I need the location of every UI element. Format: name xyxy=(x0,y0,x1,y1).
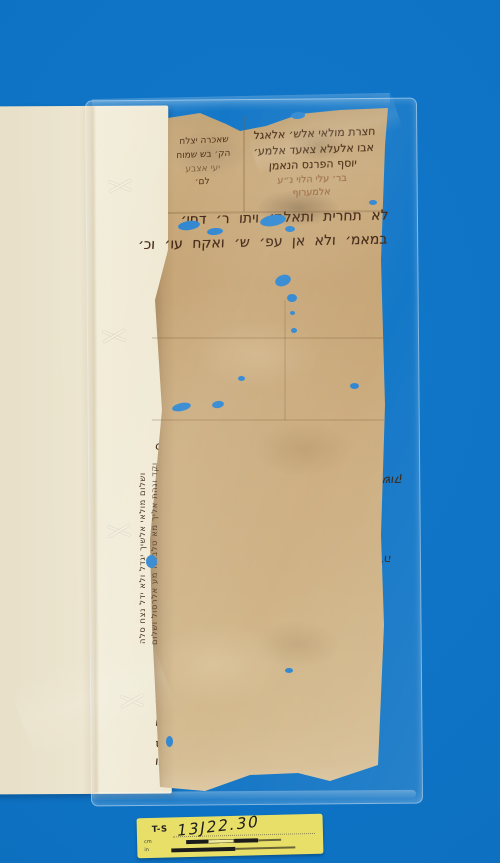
scale-segment xyxy=(208,839,234,843)
damage-hole xyxy=(287,294,297,302)
damage-hole xyxy=(146,555,157,568)
middle-text-block: לא תחרית ותאלת׳ ויתו ר׳ דחי׳ במאמ׳ ולא א… xyxy=(163,204,389,256)
photo-backdrop: חצרת מולאי אלש׳ אלאגל אבו אלעלא צאעד אלמ… xyxy=(0,0,500,863)
scale-segment xyxy=(171,847,235,852)
margin-note: ושלום מולאי אלשיך יגדל ולא ידל נצח סלה xyxy=(137,472,147,772)
damage-hole xyxy=(291,328,297,333)
thread-stitch xyxy=(106,518,132,544)
scale-unit-in: in xyxy=(144,848,149,853)
damage-hole xyxy=(238,376,245,381)
damage-hole xyxy=(290,311,295,315)
shelfmark-label: T-S 13J22.30 cm in xyxy=(137,814,324,859)
scale-segment xyxy=(258,839,281,841)
collection-prefix: T-S xyxy=(152,825,168,835)
damage-hole xyxy=(350,383,359,389)
crease-line xyxy=(284,300,286,420)
thread-stitch xyxy=(101,323,127,349)
scale-bar-cm xyxy=(186,838,281,844)
sleeve-bottom-edge xyxy=(92,790,416,800)
damage-hole xyxy=(285,668,293,673)
crease-line xyxy=(152,337,384,339)
scale-segment xyxy=(235,846,295,849)
thread-stitch xyxy=(107,173,133,199)
crease-line xyxy=(152,419,384,421)
scale-bar-in xyxy=(171,845,295,852)
margin-note: וקד וגהת אליך מא טלבתה מע אלרסול ושלום xyxy=(149,462,159,777)
scale-segment xyxy=(234,838,258,842)
scale-unit-cm: cm xyxy=(144,840,152,845)
damage-hole xyxy=(166,736,173,747)
damage-hole xyxy=(285,226,295,232)
scale-segment xyxy=(186,840,208,844)
address-block-left: שאכרה יצלח הק׳ בש שמוח יעי אצבע לם׳ xyxy=(165,133,241,192)
damage-hole xyxy=(369,200,377,205)
